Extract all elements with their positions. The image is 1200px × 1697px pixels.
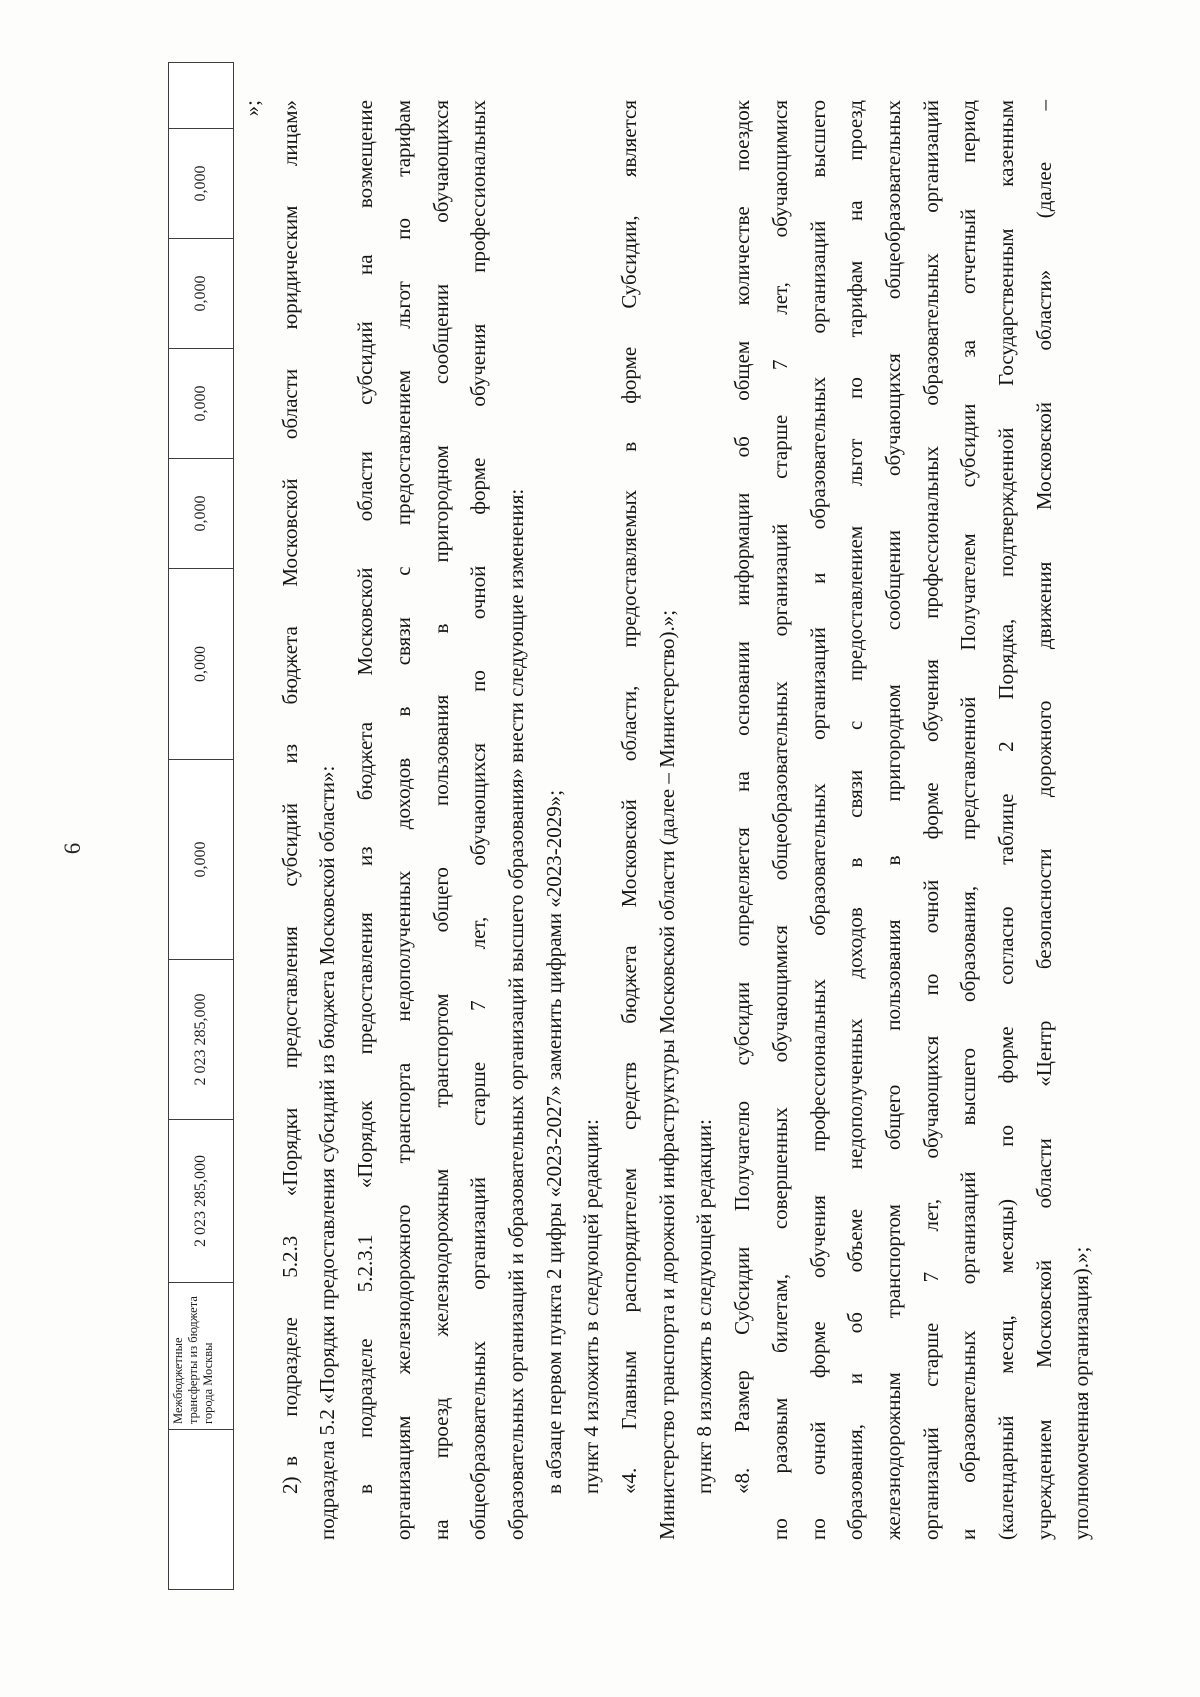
text-line: 2) в подразделе 5.2.3 «Порядки предостав… xyxy=(272,100,310,1540)
text-line: образования, и об объеме недополученных … xyxy=(837,100,875,1540)
table-cell: 0,000 xyxy=(169,458,233,568)
text-line: образовательных организаций и образовате… xyxy=(498,100,536,1540)
text-line: в подразделе 5.2.3.1 «Порядок предоставл… xyxy=(347,100,385,1540)
text-line: и образовательных организаций высшего об… xyxy=(950,100,988,1540)
page-number: 6 xyxy=(60,0,86,1697)
text-line: пункт 4 изложить в следующей редакции: xyxy=(573,100,611,1540)
text-line: учреждением Московской области «Центр бе… xyxy=(1026,100,1064,1540)
text-line: организаций старше 7 лет, обучающихся по… xyxy=(913,100,951,1540)
table-cell xyxy=(169,1429,233,1589)
text-line: «8. Размер Субсидии Получателю субсидии … xyxy=(724,100,762,1540)
text-line: на проезд железнодорожным транспортом об… xyxy=(423,100,461,1540)
text-line: общеобразовательных организаций старше 7… xyxy=(460,100,498,1540)
text-line: уполномоченная организация).»; xyxy=(1063,100,1101,1540)
text-line: в абзаце первом пункта 2 цифры «2023-202… xyxy=(536,100,574,1540)
text-line: железнодорожным транспортом общего польз… xyxy=(875,100,913,1540)
landscape-document: 6 Межбюджетные трансферты из бюджета гор… xyxy=(0,0,1200,1697)
text-line: по очной форме обучения профессиональных… xyxy=(800,100,838,1540)
text-line: организациям железнодорожного транспорта… xyxy=(385,100,423,1540)
text-line: »; xyxy=(234,100,272,1540)
text-line: подраздела 5.2 «Порядки предоставления с… xyxy=(309,100,347,1540)
table-cell: 0,000 xyxy=(169,759,233,959)
text-line: (календарный месяц, месяцы) по форме сог… xyxy=(988,100,1026,1540)
table-cell: Межбюджетные трансферты из бюджета город… xyxy=(169,1282,233,1429)
table-cell: 0,000 xyxy=(169,568,233,759)
text-line: по разовым билетам, совершенных обучающи… xyxy=(762,100,800,1540)
table-cell: 2 023 285,000 xyxy=(169,959,233,1119)
table-cell: 2 023 285,000 xyxy=(169,1119,233,1282)
text-line: «4. Главным распорядителем средств бюдже… xyxy=(611,100,649,1540)
text-line: Министерство транспорта и дорожной инфра… xyxy=(649,100,687,1540)
table-cell: 0,000 xyxy=(169,238,233,348)
table-cell: 0,000 xyxy=(169,128,233,238)
table-cell: 0,000 xyxy=(169,348,233,458)
budget-table: Межбюджетные трансферты из бюджета город… xyxy=(168,62,234,1590)
document-text: »;2) в подразделе 5.2.3 «Порядки предост… xyxy=(234,100,1101,1540)
text-line: пункт 8 изложить в следующей редакции: xyxy=(686,100,724,1540)
table-cell xyxy=(169,63,233,128)
scanned-page: 6 Межбюджетные трансферты из бюджета гор… xyxy=(0,0,1200,1697)
